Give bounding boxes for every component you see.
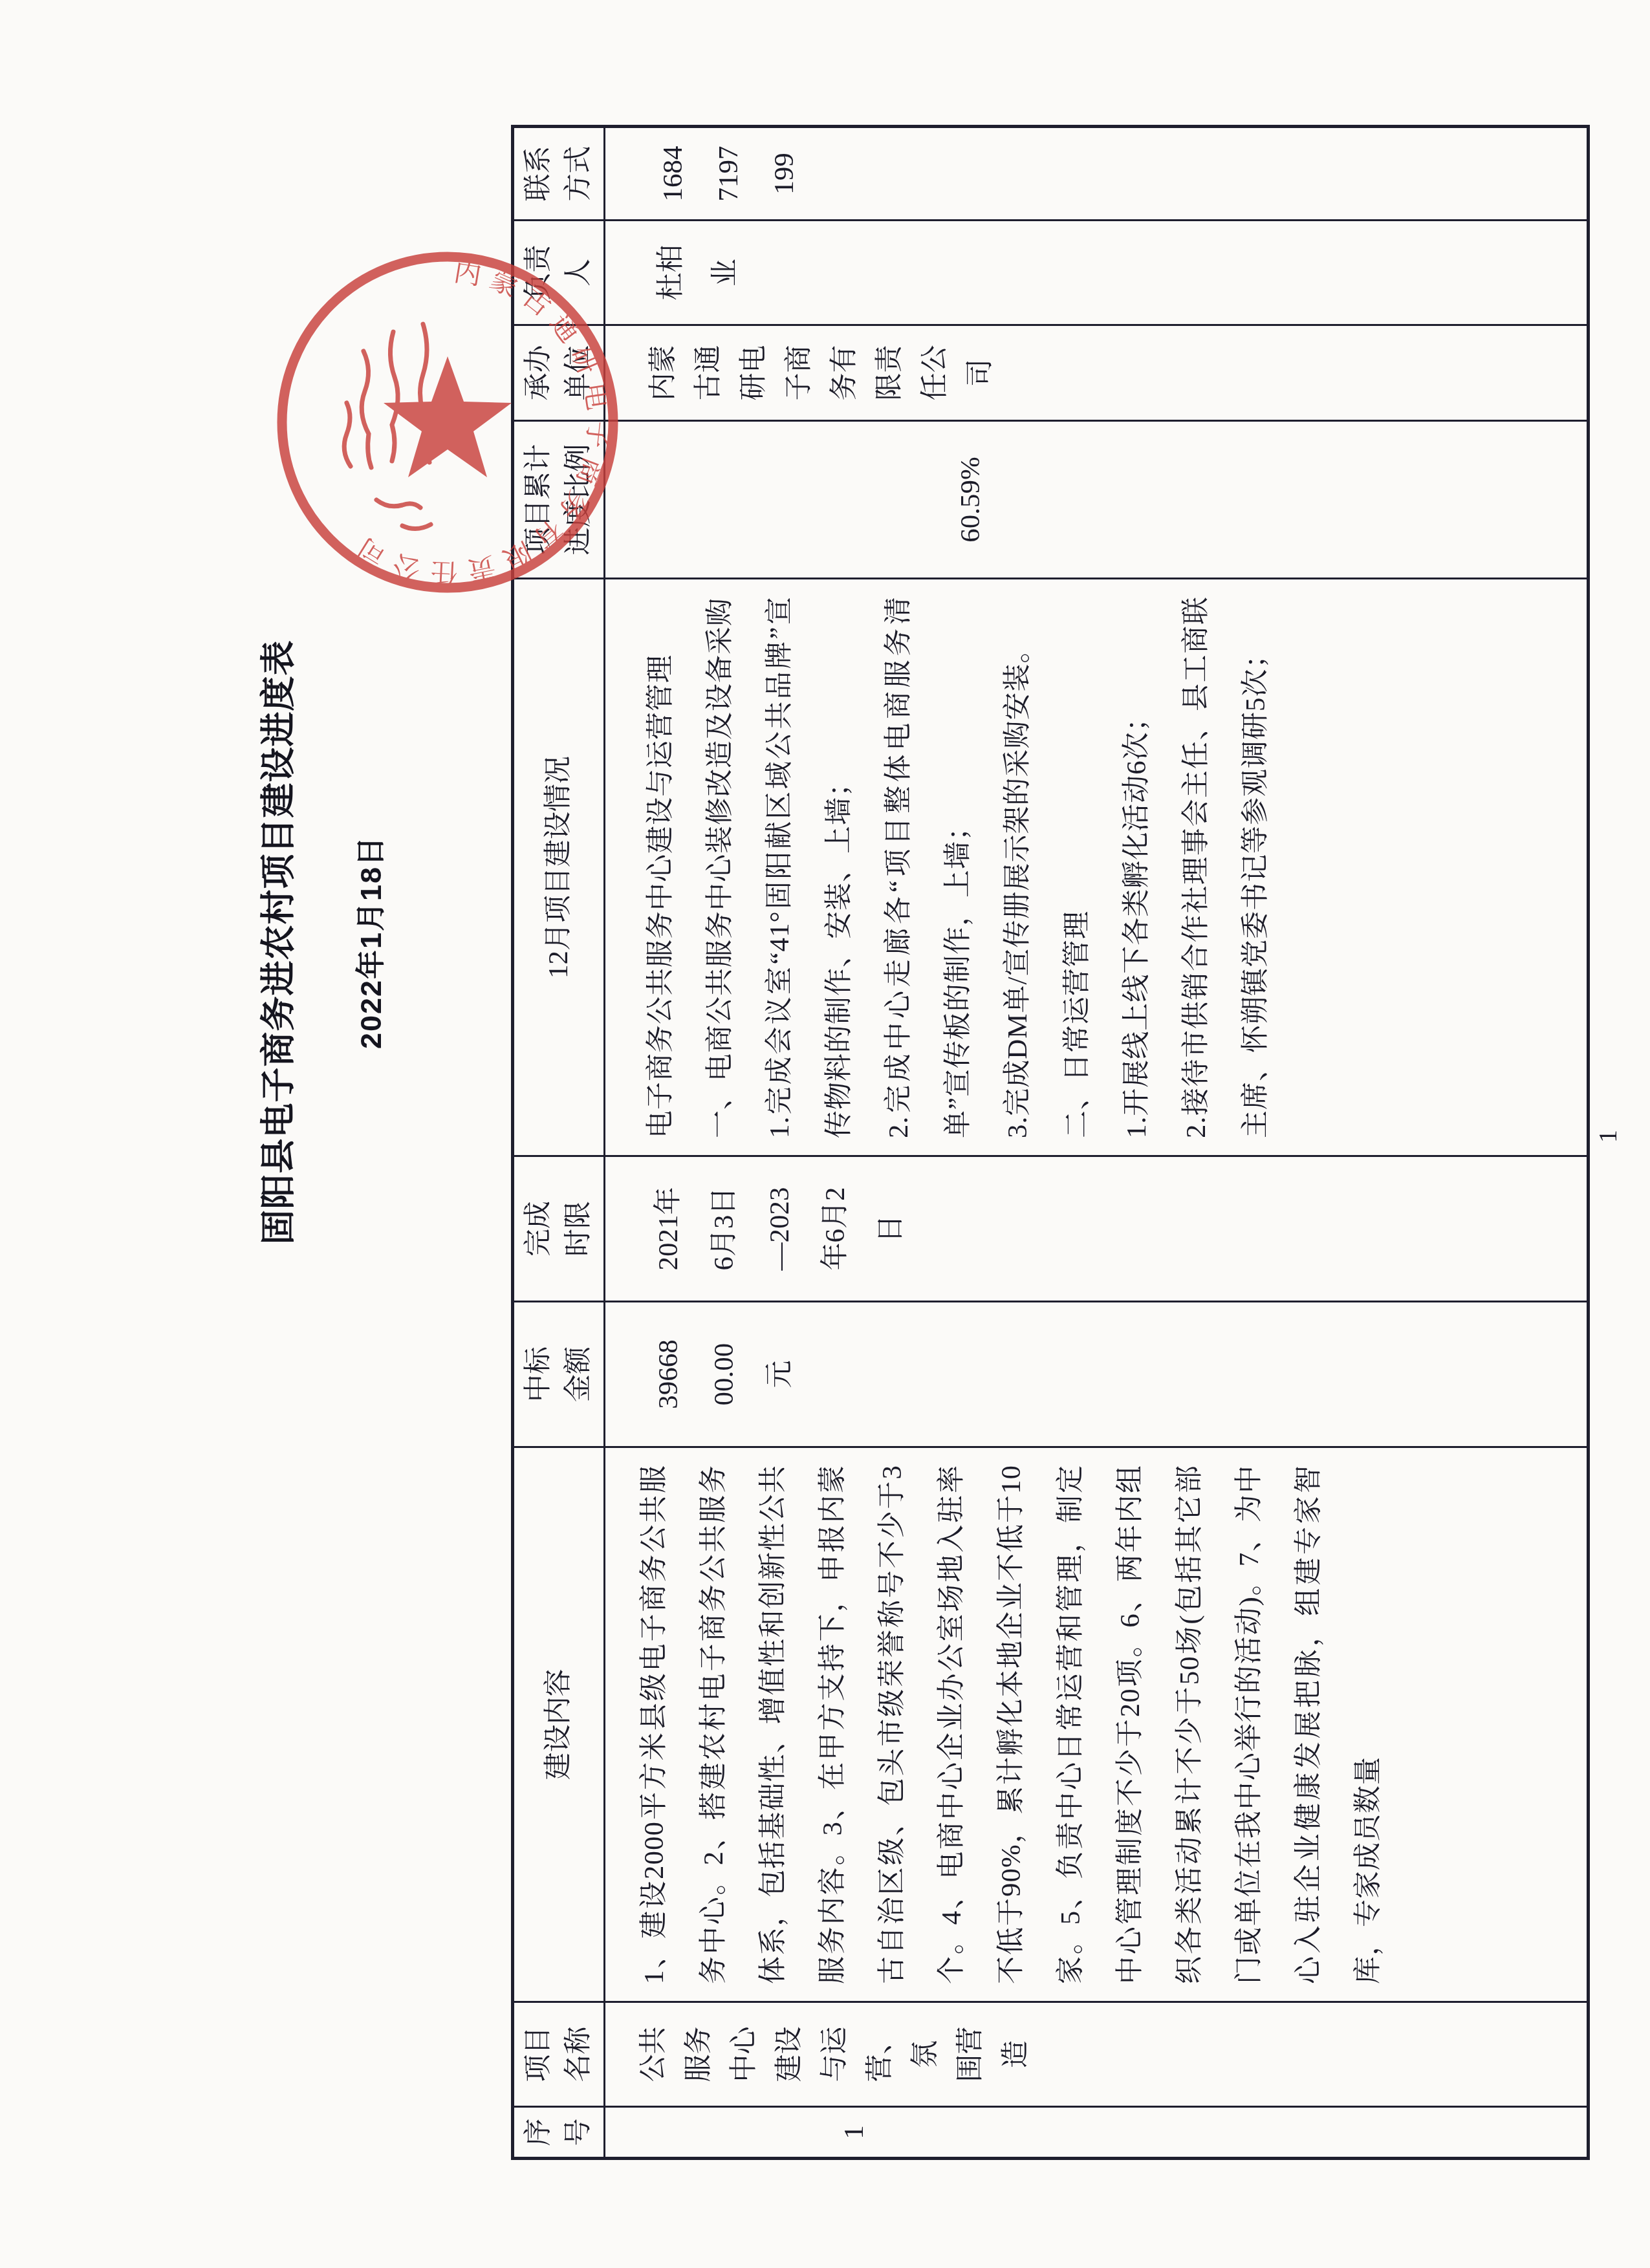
header-no: 序 号 (513, 2107, 605, 2159)
header-person-in-charge: 负责 人 (513, 221, 605, 325)
scanned-sheet: 固阳县电子商务进农村项目建设进度表 2022年1月18日 序 号 项目 名称 建… (0, 0, 1650, 2268)
cell-undertaking-unit: 内蒙 古通 研电 子商 务有 限责 任公 司 (605, 325, 1589, 421)
cell-person-in-charge: 杜柏 业 (605, 221, 1589, 325)
header-construction-content: 建设内容 (513, 1447, 605, 2002)
cell-cumulative-progress: 60.59% (605, 421, 1589, 579)
cell-bid-amount: 39668 00.00 元 (605, 1302, 1589, 1447)
seal-star-icon (384, 356, 512, 477)
document-date: 2022年1月18日 (347, 632, 389, 1253)
progress-table: 序 号 项目 名称 建设内容 中标 金额 完成 时限 12月项目建设情况 项目累… (511, 125, 1590, 2160)
header-contact: 联系 方式 (513, 127, 605, 221)
cell-contact: 1684 7197 199 (605, 127, 1589, 221)
cell-no: 1 (605, 2107, 1589, 2159)
cell-deadline: 2021年 6月3日 —2023 年6月2 日 (605, 1156, 1589, 1302)
cell-december-status: 电子商务公共服务中心建设与运营管理 一、电商公共服务中心装修改造及设备采购 1.… (605, 579, 1589, 1156)
document-title: 固阳县电子商务进农村项目建设进度表 (251, 632, 301, 1253)
table-row: 1 公共 服务 中心 建设 与运 营、氛 围营 造 1、建设2000平方米县级电… (605, 127, 1589, 2159)
header-december-status: 12月项目建设情况 (513, 579, 605, 1156)
seal-mongolian-script (344, 324, 431, 529)
header-bid-amount: 中标 金额 (513, 1302, 605, 1447)
header-undertaking-unit: 承办 单位 (513, 325, 605, 421)
table-header-row: 序 号 项目 名称 建设内容 中标 金额 完成 时限 12月项目建设情况 项目累… (513, 127, 605, 2159)
cell-construction-content: 1、建设2000平方米县级电子商务公共服务中心。2、搭建农村电子商务公共服务体系… (605, 1447, 1589, 2002)
cell-project-name: 公共 服务 中心 建设 与运 营、氛 围营 造 (605, 2002, 1589, 2107)
header-project-name: 项目 名称 (513, 2002, 605, 2107)
header-cumulative-progress: 项目累计 进度比例 (513, 421, 605, 579)
page-number: 1 (1592, 1097, 1623, 1175)
header-deadline: 完成 时限 (513, 1156, 605, 1302)
